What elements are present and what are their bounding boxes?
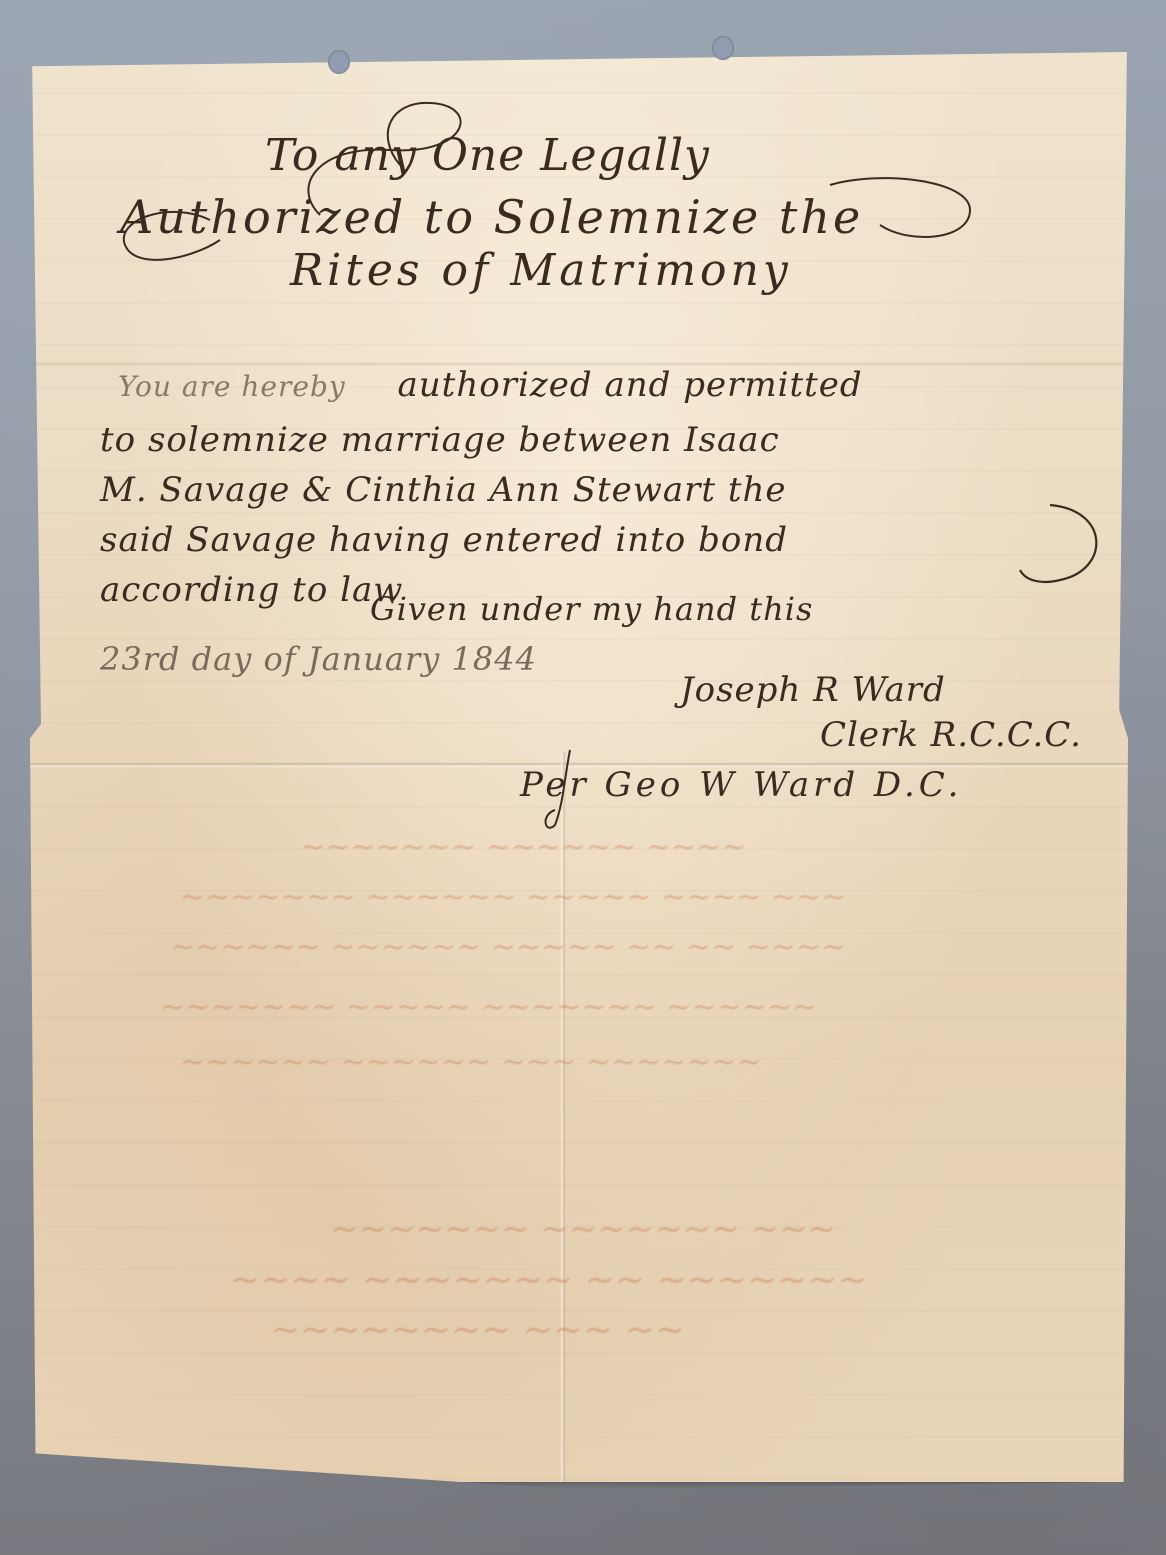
punch-hole-icon <box>712 36 734 60</box>
body-line-1-rest: authorized and permitted <box>398 365 863 405</box>
body-line-6: Given under my hand this <box>370 590 813 628</box>
heading-line-1: To any One Legally <box>265 130 710 181</box>
body-line-2: to solemnize marriage between Isaac <box>100 420 780 460</box>
body-line-4: said Savage having entered into bond <box>100 520 788 560</box>
bleed-through-line: ~~~~~~ ~~~~~~~ ~~~~~ ~~~~~~~ <box>160 990 817 1025</box>
bleed-through-line: ~~~~~~~ ~~~ ~~~~~~ ~~~~~~ <box>180 1045 762 1080</box>
body-line-5: according to law <box>100 570 403 610</box>
body-line-7-date: 23rd day of January 1844 <box>100 640 537 678</box>
body-line-1-prefix: You are hereby <box>118 370 346 403</box>
body-line-1: You are hereby authorized and permitted <box>118 365 863 405</box>
body-line-3: M. Savage & Cinthia Ann Stewart the <box>100 470 787 510</box>
bleed-through-line: ~~~~~~~ ~~ ~~~~~~~ ~~~~ <box>230 1260 868 1301</box>
signature-deputy: Per Geo W Ward D.C. <box>520 765 962 805</box>
bleed-through-line: ~~~~ ~~ ~~ ~~~~~ ~~~~~~ ~~~~~~ <box>170 930 846 965</box>
bleed-through-line: ~~ ~~~ ~~~~~~~~ <box>270 1310 685 1351</box>
bleed-through-line: ~~~ ~~~~~~~ ~~~~~~~ <box>330 1210 836 1250</box>
heading-line-2: Authorized to Solemnize the <box>120 190 863 244</box>
heading-line-3: Rites of Matrimony <box>290 245 792 296</box>
bleed-through-line: ~~~ ~~~~ ~~~~~ ~~~~~~ ~~~~~~~ <box>180 880 847 915</box>
bleed-through-line: ~~~~ ~~~~~~ ~~~~~~~ <box>300 830 746 865</box>
punch-hole-icon <box>328 50 350 74</box>
signature-name: Joseph R Ward <box>680 670 946 710</box>
signature-title: Clerk R.C.C.C. <box>820 715 1082 755</box>
